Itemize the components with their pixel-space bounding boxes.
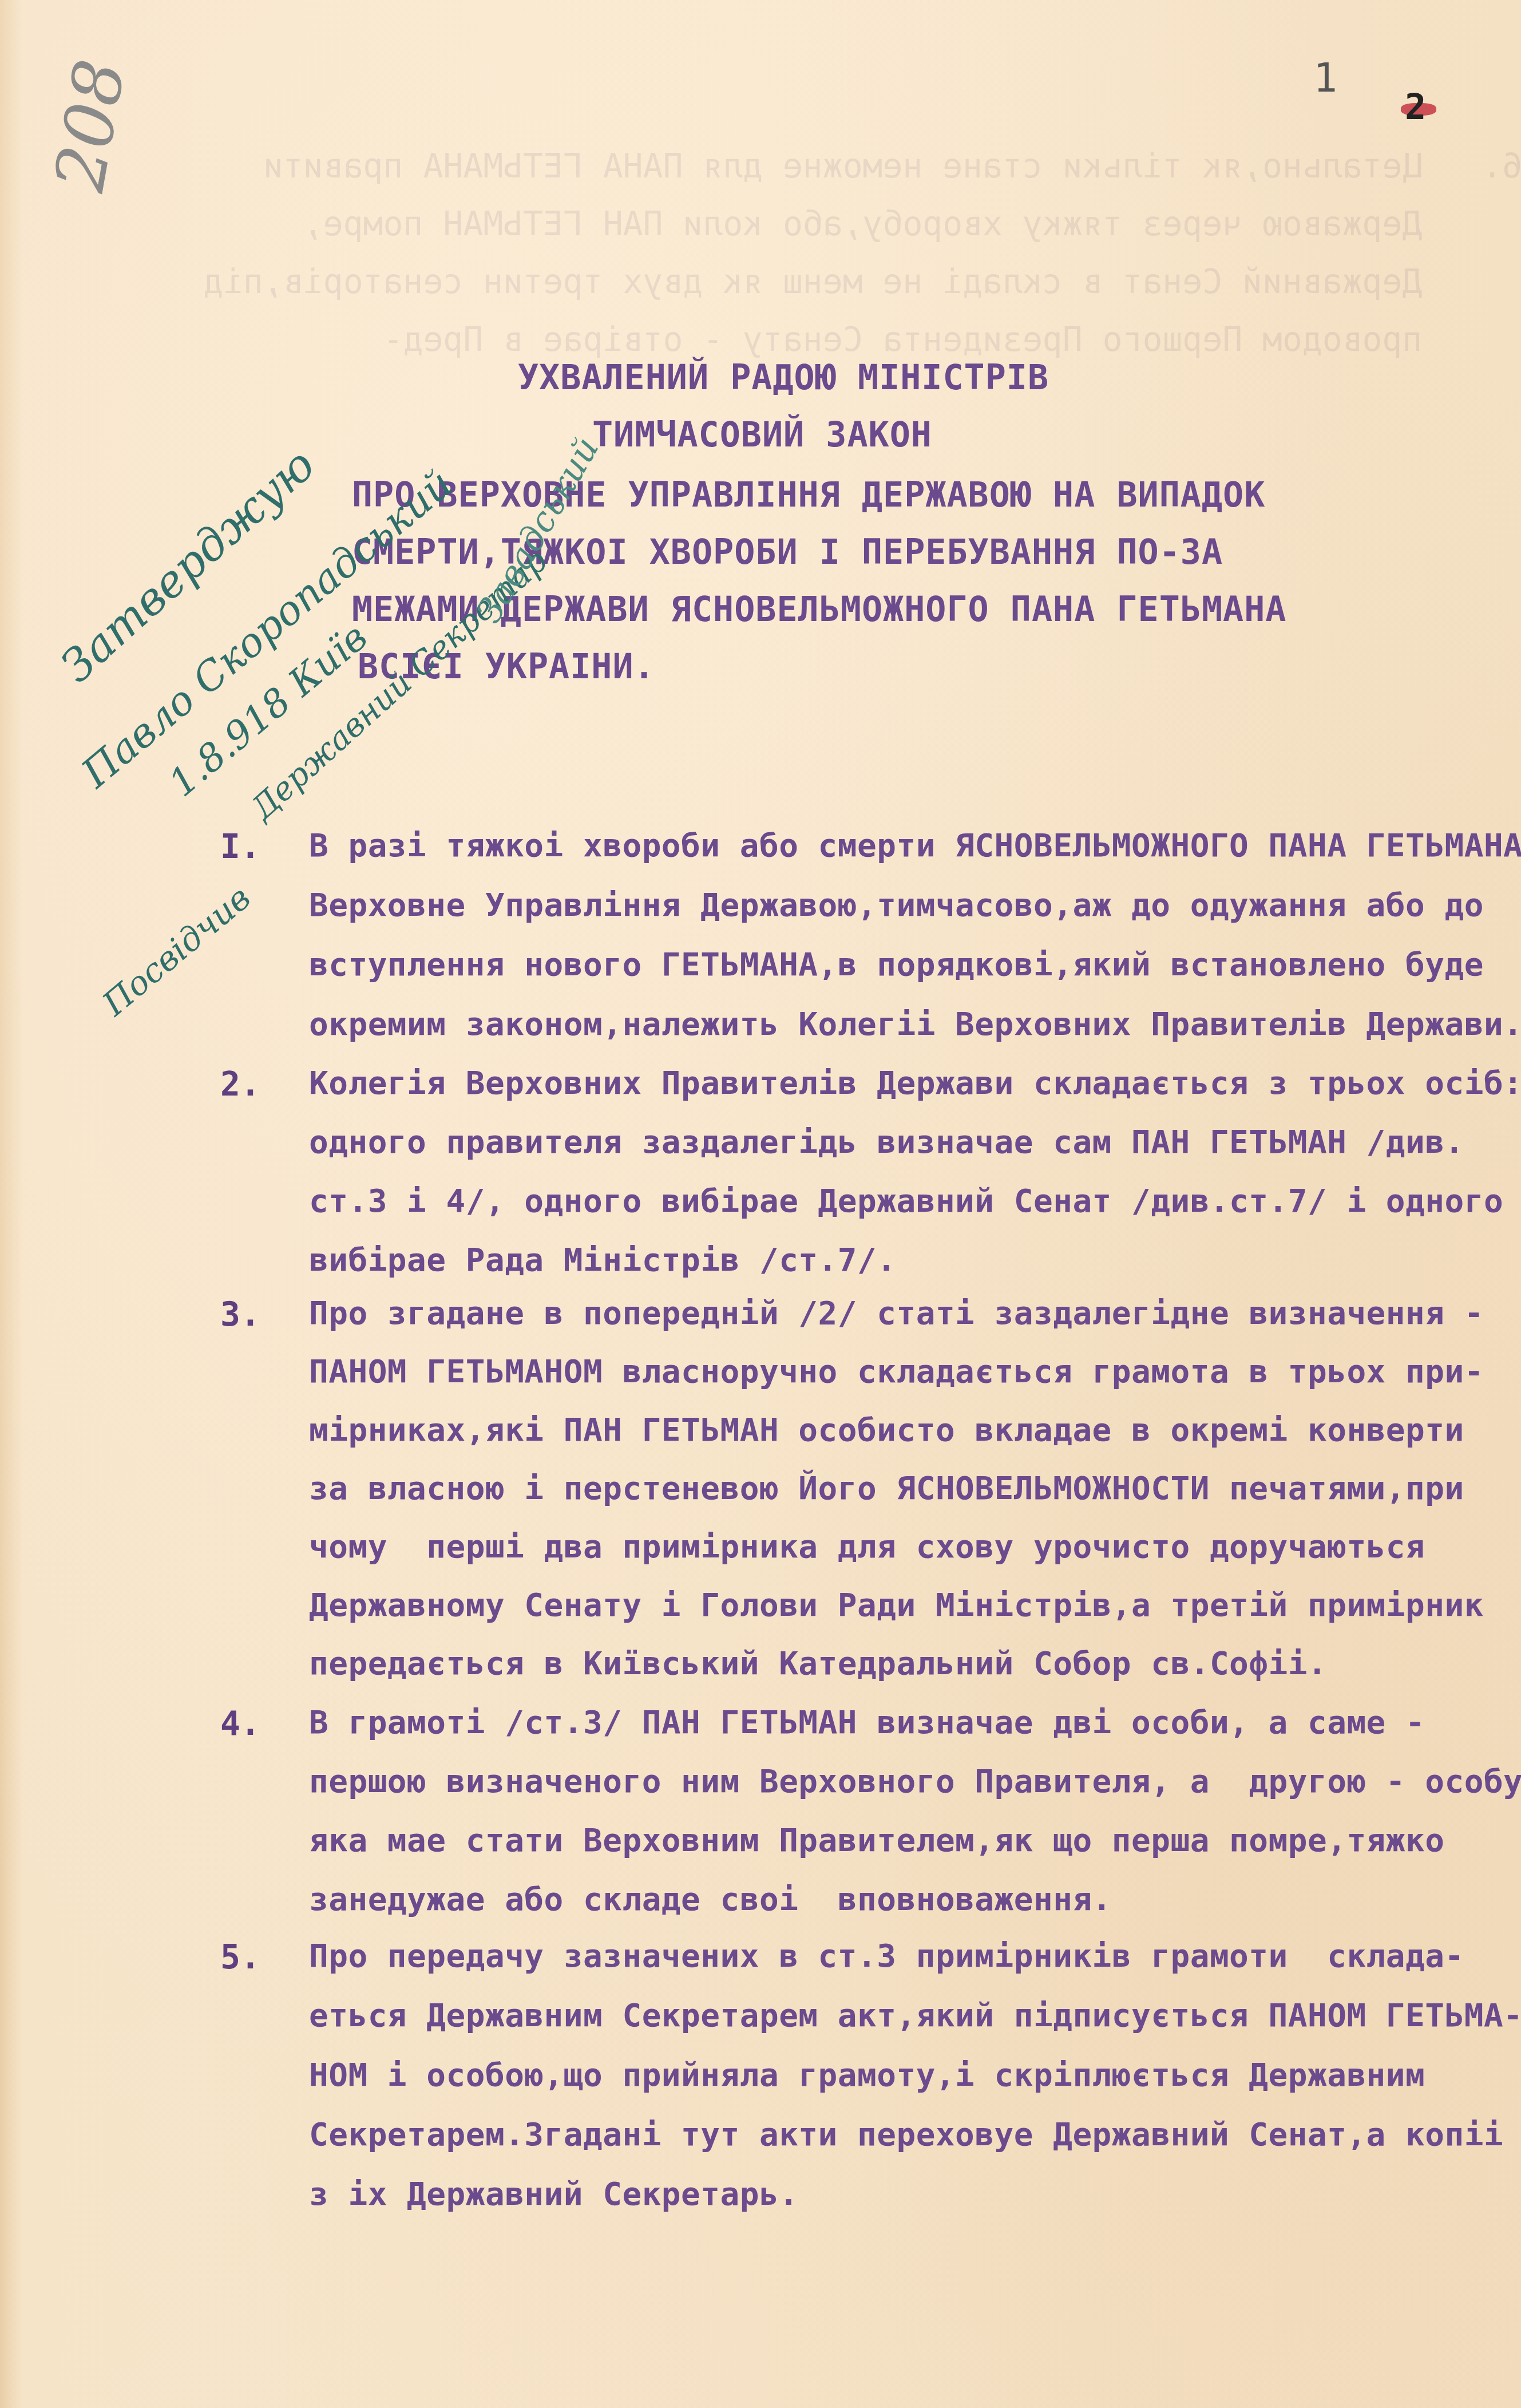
article-line: мірниках,які ПАН ГЕТЬМАН особисто вклада… [309,1411,1464,1449]
article-line: чому перші два примірника для схову уроч… [309,1528,1425,1565]
article-line: вибірае Рада Міністрів /ст.7/. [309,1241,896,1279]
page-number: 1 [1313,54,1337,101]
article-number: 3. [220,1295,260,1334]
article-line: вступлення нового ГЕТЬМАНА,в порядкові,я… [309,946,1484,983]
article-number: 5. [220,1938,260,1976]
show-through-text: 6. Цетально,як тільки стане неможне для … [149,137,1521,369]
article-line: еться Державним Секретарем акт,який підп… [309,1997,1521,2034]
title-line: МЕЖАМИ ДЕРЖАВИ ЯСНОВЕЛЬМОЖНОГО ПАНА ГЕТЬ… [352,590,1521,630]
article-line: ст.3 і 4/, одного вибірае Державний Сена… [309,1183,1503,1220]
article-number: I. [220,827,260,866]
article-line: передається в Київський Катедральний Соб… [309,1645,1327,1682]
article-line: ПАНОМ ГЕТЬМАНОМ власноручно складається … [309,1353,1484,1390]
article-line: В разі тяжкоі хвороби або смерти ЯСНОВЕЛ… [309,827,1521,864]
article-line: НОМ і особою,що прийняла грамоту,і скріп… [309,2057,1425,2094]
title-line: ВСІЄІ УКРАІНИ. [358,647,1521,687]
article-line: з іх Державний Секретарь. [309,2176,798,2213]
article-line: Державному Сенату і Голови Ради Міністрі… [309,1587,1484,1624]
article-number: 2. [220,1065,260,1104]
article-line: окремим законом,належить Колегіі Верховн… [309,1006,1521,1043]
title-line: ТИМЧАСОВИЙ ЗАКОН [592,415,1521,455]
article-line: Колегія Верховних Правителів Держави скл… [309,1065,1521,1102]
page-number-stamp: 2 [1405,86,1426,128]
article-line: Про згадане в попередній /2/ статі зазда… [309,1295,1484,1332]
article-line: Про передачу зазначених в ст.3 примірник… [309,1938,1464,1975]
article-line: за власною і перстеневою Його ЯСНОВЕЛЬМО… [309,1470,1464,1507]
article-line: Секретарем.Згадані тут акти переховуе Де… [309,2116,1503,2153]
article-line: В грамоті /ст.3/ ПАН ГЕТЬМАН визначае дв… [309,1704,1425,1741]
title-line: УХВАЛЕНИЙ РАДОЮ МІНІСТРІВ [518,358,1521,398]
article-line: одного правителя заздалегідь визначае са… [309,1124,1464,1161]
article-number: 4. [220,1704,260,1743]
article-line: Верховне Управління Державою,тимчасово,а… [309,887,1484,924]
article-line: першою визначеного ним Верховного Правит… [309,1763,1521,1800]
article-line: яка мае стати Верховним Правителем,як що… [309,1822,1444,1859]
article-line: занедужае або складе своі вповноваження. [309,1881,1112,1918]
